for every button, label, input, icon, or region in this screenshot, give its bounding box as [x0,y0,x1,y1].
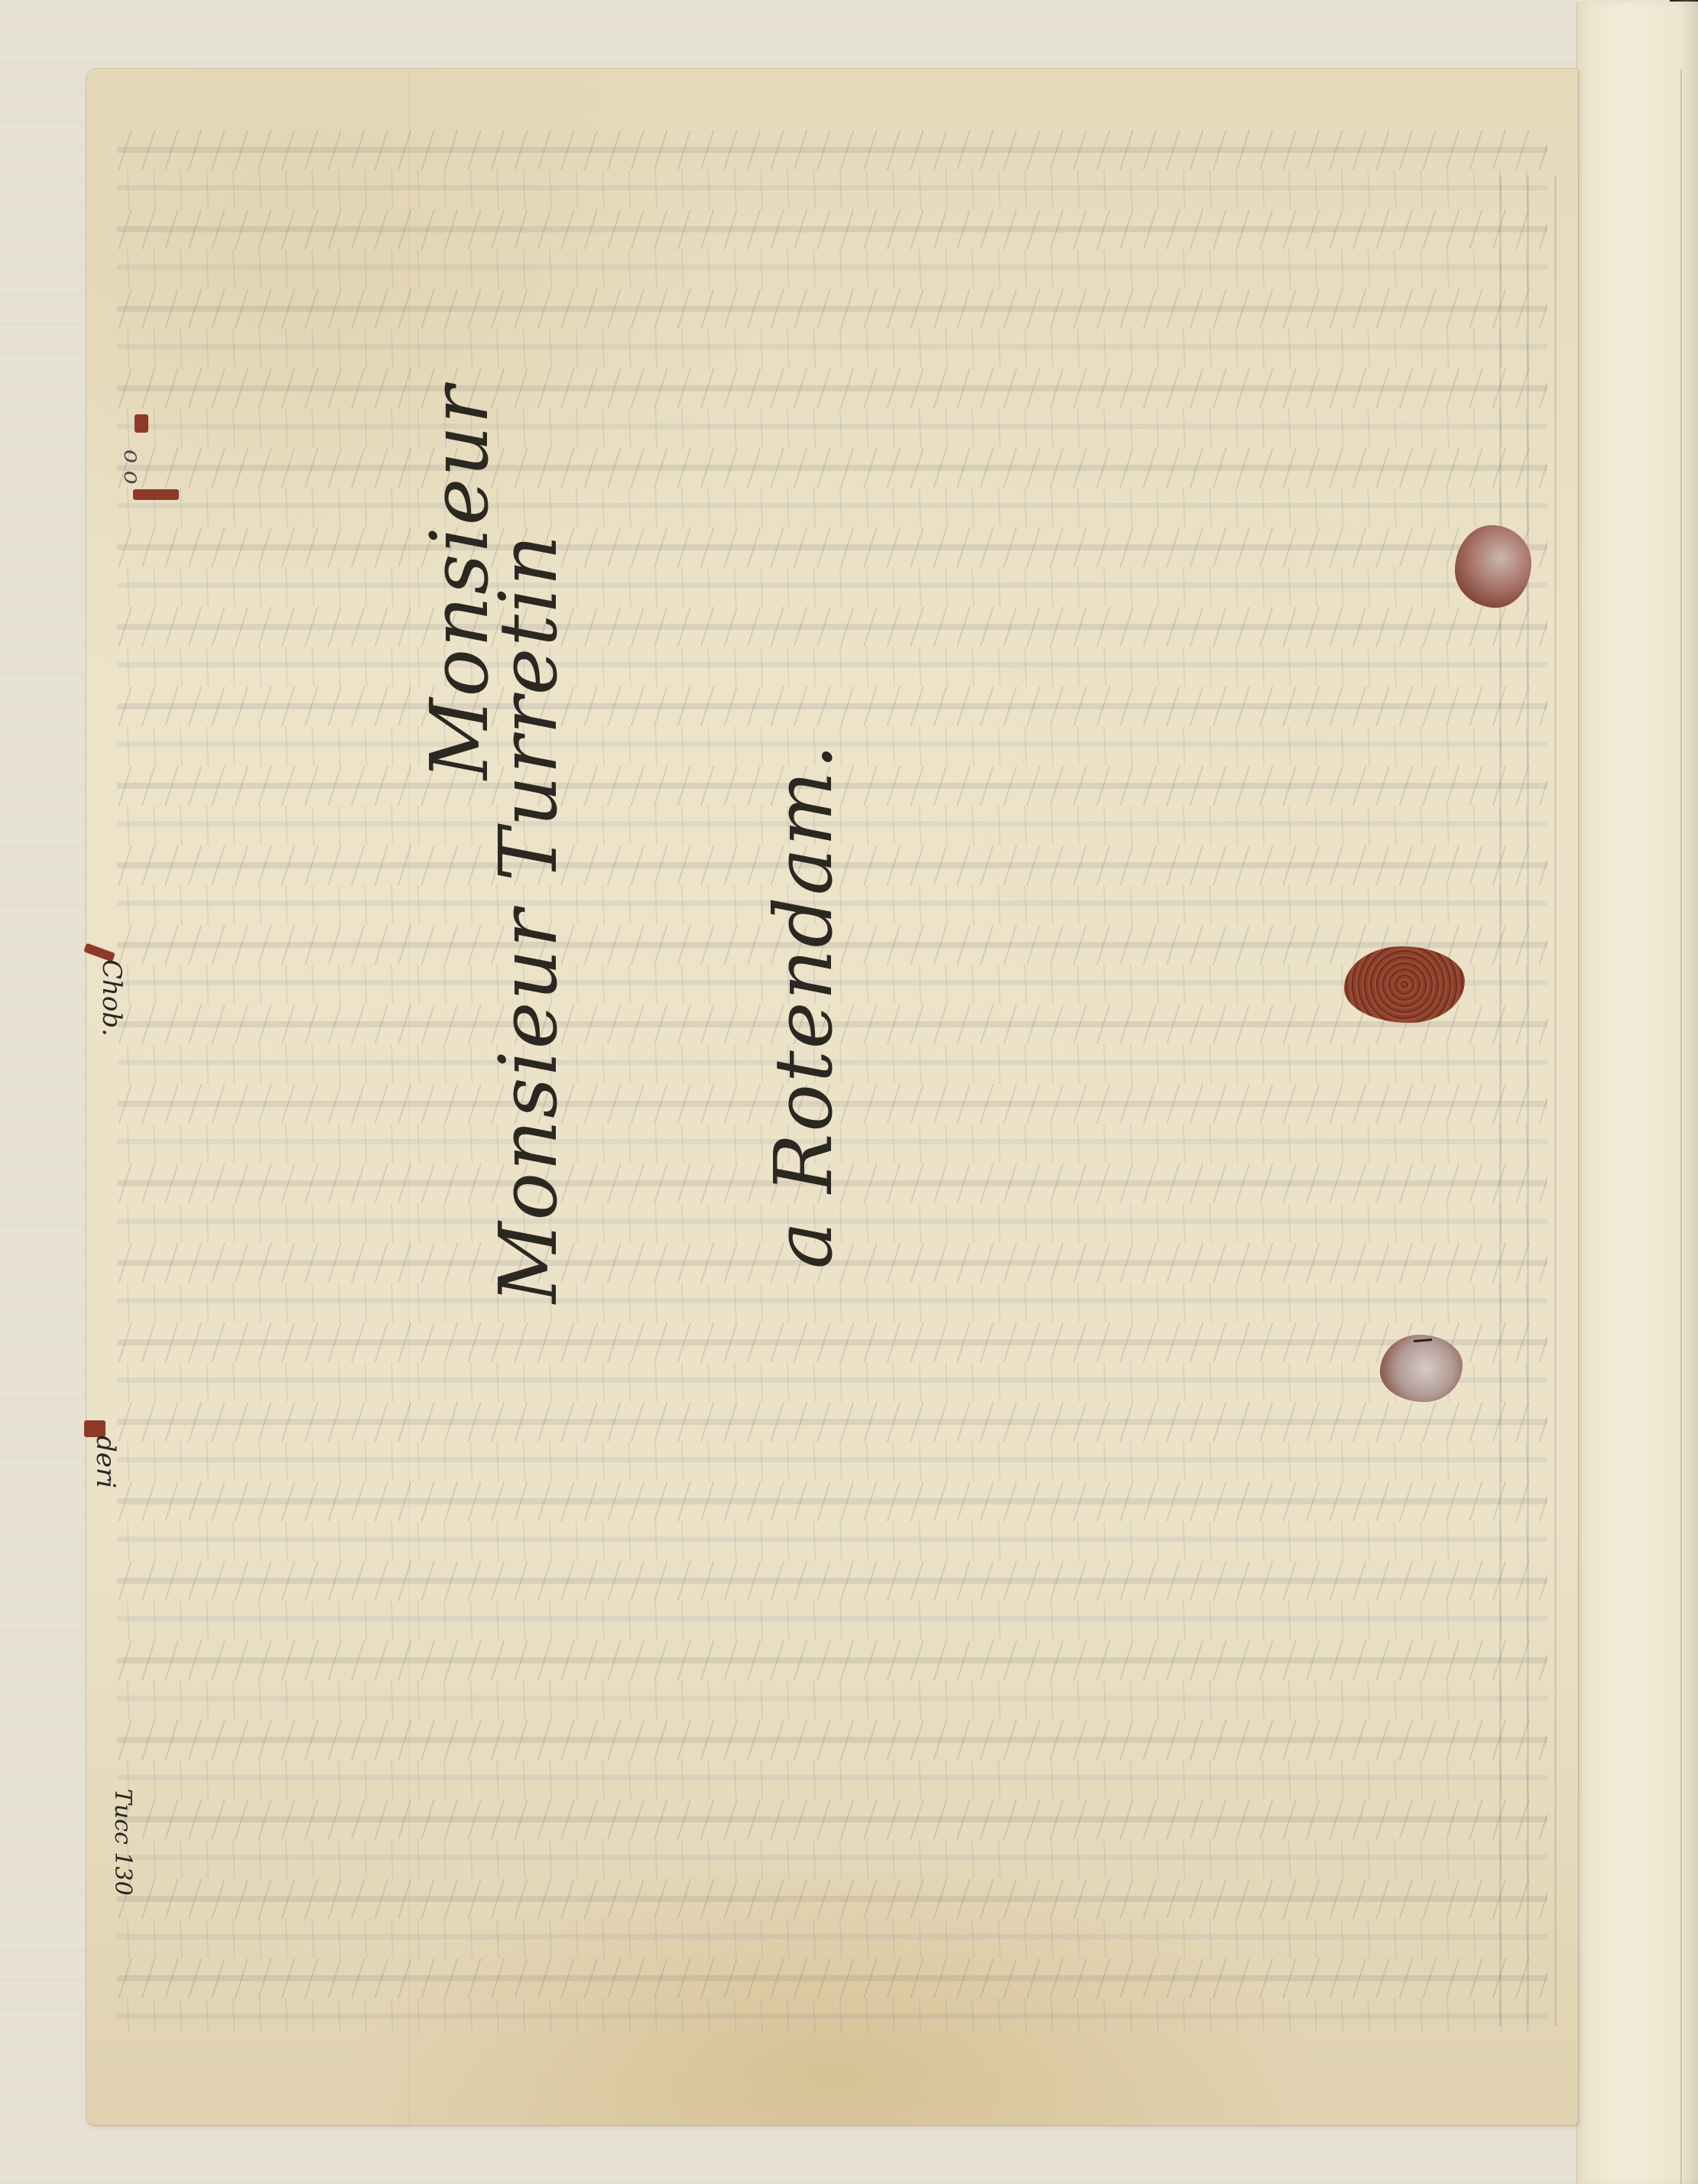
wax-seal-lower [1380,1335,1463,1402]
address-recipient: Monsieur Turretin [482,534,575,1303]
address-destination: a Rotendam. [757,742,850,1269]
paper-crease [409,69,410,2125]
wax-residue [84,1420,106,1437]
wax-seal-middle [1344,946,1465,1023]
wax-residue [133,489,179,500]
binding-fold-line [1680,69,1682,2184]
wax-residue [135,414,148,433]
margin-note: Chob. [96,959,127,1037]
margin-note: Tucc 130 [109,1789,136,1896]
margin-note: deri [90,1436,121,1488]
wax-seal-upper [1455,525,1531,608]
bleed-through-margin-column [1485,176,1570,2026]
margin-note: o o [119,449,145,485]
